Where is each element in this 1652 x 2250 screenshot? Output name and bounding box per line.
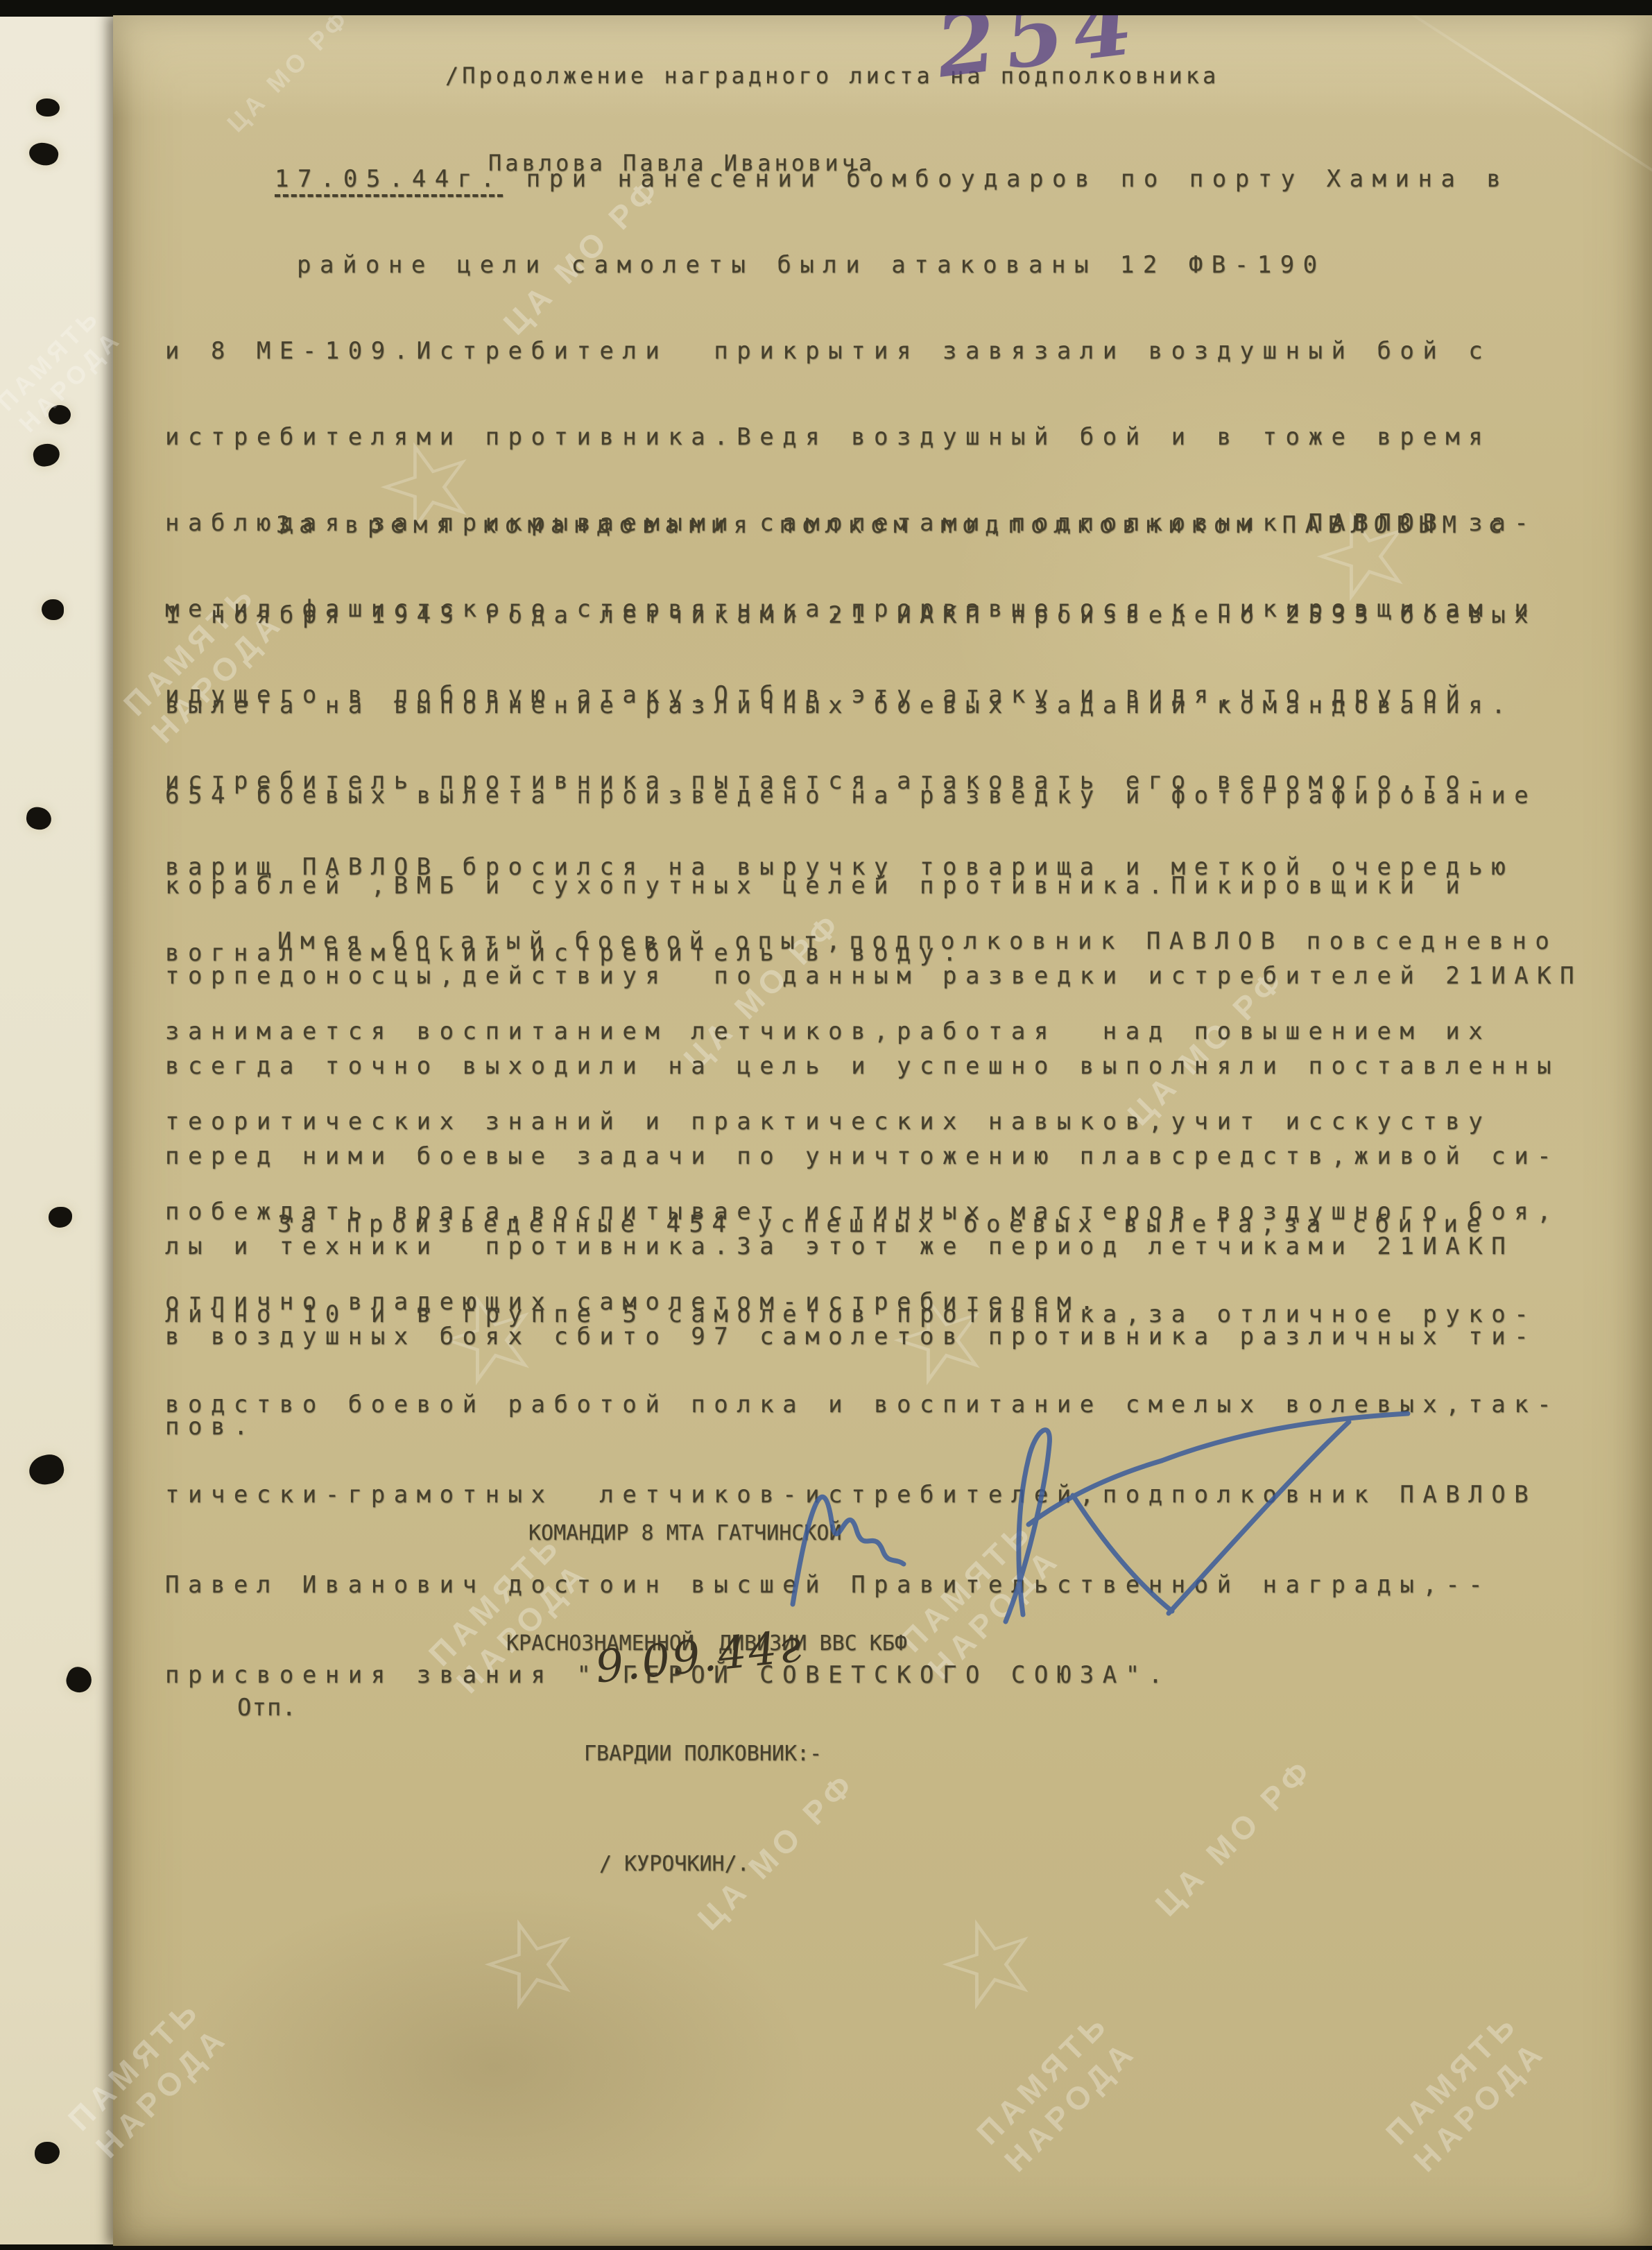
date-underlined: 17.05.44г. <box>275 165 504 193</box>
typed-line: теоритических знаний и практических навы… <box>165 1104 1560 1139</box>
typed-line: районе цели самолеты были атакованы 12 Ф… <box>165 250 1537 280</box>
typed-line: занимается воспитанием летчиков,работая … <box>165 1014 1560 1049</box>
scanned-document: ЦА МО РФ ЦА МО РФ ПАМЯТЬ НАРОДА ПАМЯТЬ Н… <box>0 0 1652 2250</box>
backing-page-edge <box>0 17 113 2244</box>
typed-line: / КУРОЧКИН/. <box>506 1846 907 1882</box>
typed-line: и 8 МЕ-109.Истребители прикрытия завязал… <box>165 336 1537 366</box>
typed-line: Имея богатый боевой опыт,подполковник ПА… <box>165 924 1560 959</box>
typed-line-rest: при нанесении бомбоударов по порту Хамин… <box>504 165 1510 193</box>
typed-line: вылета на выполнение различных боевых за… <box>165 688 1583 723</box>
typed-line: ГВАРДИИ ПОЛКОВНИК:- <box>506 1735 907 1772</box>
typed-line: 1 ноября 1943 года летчиками 21 ИАКП про… <box>165 598 1583 633</box>
otp-note: Отп. <box>237 1694 297 1721</box>
punch-hole <box>49 405 71 424</box>
typed-line: 17.05.44г. при нанесении бомбоударов по … <box>165 164 1537 194</box>
typed-line: За произведенные 454 успешных боевых выл… <box>165 1207 1560 1242</box>
punch-hole <box>36 98 60 117</box>
scan-top-edge <box>0 0 1652 15</box>
typed-line: истребителями противника.Ведя воздушный … <box>165 422 1537 452</box>
signature-kurochkin <box>773 1393 1432 1639</box>
typed-line: лично 10 и в группе 5 самолетов противни… <box>165 1297 1560 1332</box>
typed-line: 654 боевых вылета произведено на разведк… <box>165 778 1583 813</box>
typed-line: За время командования полком подполковни… <box>165 508 1583 542</box>
punch-hole <box>42 599 64 620</box>
